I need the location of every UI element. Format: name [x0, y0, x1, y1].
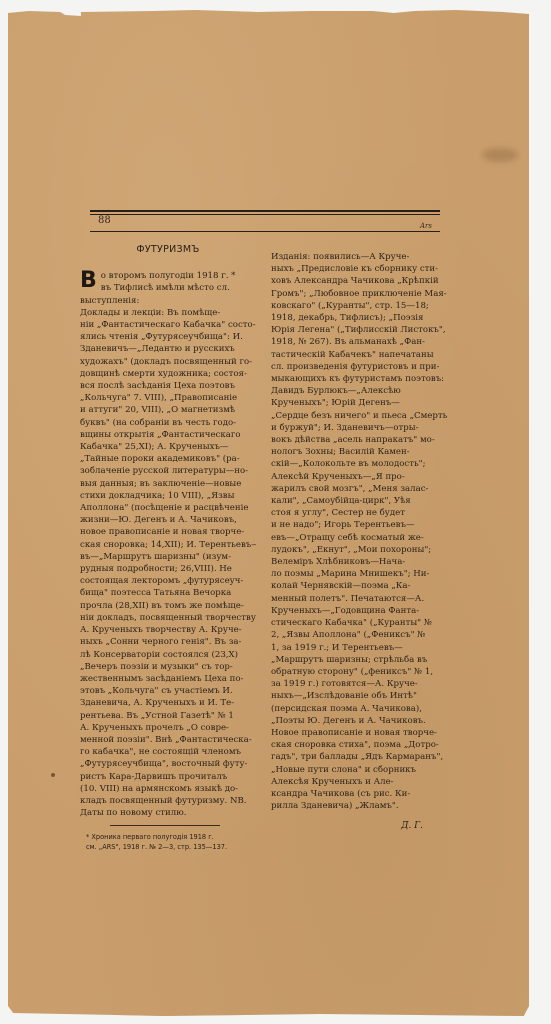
text-line: см. „ARS", 1918 г. № 2—3, стр. 135—137. [80, 842, 256, 852]
text-line: лудокъ", „Екнут", „Мои похороны"; [271, 544, 447, 556]
text-line: 2, „Язвы Аполлона" („Фениксъ" № [271, 629, 447, 641]
text-line: Крученыхъ"; Юрій Дегенъ— [271, 397, 447, 409]
text-line: и не надо"; Игорь Терентьевъ— [271, 519, 447, 531]
text-line: менный полетъ". Печатаются—А. [271, 593, 447, 605]
text-line: гадъ", три баллады „Ядъ Кармаранъ", [271, 751, 447, 763]
text-line: нологъ Зохны; Василій Камен- [271, 446, 447, 458]
text-line: мыкающихъ къ футуристамъ поэтовъ: [271, 373, 447, 385]
text-line: Громъ"; „Любовное приключеніе Мая- [271, 288, 447, 300]
text-line: въ—„Маршрутъ шаризны" (изум- [80, 551, 256, 563]
text-line: Доклады и лекціи: Въ помѣще- [80, 307, 256, 319]
paper-spot [51, 773, 55, 777]
text-line: Давидъ Бурлюкъ—„Алексѣю [271, 385, 447, 397]
text-line: стихи докладчика; 10 VIII), „Язвы [80, 490, 256, 502]
text-line: прочла (28,XII) въ томъ же помѣще- [80, 600, 256, 612]
text-line: Изданія: появились—А Круче- [271, 251, 447, 263]
text-line: стоя я углу", Сестер не будет [271, 507, 447, 519]
text-line: кали", „Самоубійца-цирк", Уѣя [271, 495, 447, 507]
text-line: Зданевичъ—„Ледантю и русскихъ [80, 343, 256, 355]
text-line: менной поэзіи". Внѣ „Фантастическа- [80, 734, 256, 746]
text-line: скій—„Колокольте въ молодость"; [271, 458, 447, 470]
drop-cap: В [80, 271, 97, 291]
text-line: о второмъ полугодіи 1918 г. * [101, 270, 256, 282]
text-line: Даты по новому стилю. [80, 807, 256, 819]
text-line: рентьева. Въ „Устной Газетѣ" № 1 [80, 710, 256, 722]
text-line: „Маршрутъ шаризны; стрѣльба въ [271, 654, 447, 666]
text-line: (10. VIII) на армянскомъ языкѣ до- [80, 783, 256, 795]
text-line: ло поэмы „Марина Мнишекъ"; Ни- [271, 568, 447, 580]
text-line: колай Чернявскій—поэма „Ка- [271, 580, 447, 592]
text-line: жественнымъ засѣданіемъ Цеха по- [80, 673, 256, 685]
text-line: вокъ дѣйства „асель напракатъ" мо- [271, 434, 447, 446]
text-line: евъ—„Отращу себѣ косматый же- [271, 532, 447, 544]
text-line: ныхъ—„Изслѣдованіе объ Интѣ" [271, 690, 447, 702]
text-line: Кабачка" 25,XI); А. Крученыхъ— [80, 441, 256, 453]
text-line: вся послѣ засѣданія Цеха поэтовъ [80, 380, 256, 392]
paper-stain [482, 148, 518, 162]
footnote: * Хроника перваго полугодія 1918 г.см. „… [80, 832, 256, 852]
signature: Д. Г. [271, 820, 447, 832]
text-line: ская сноровка стиха", поэма „Дотро- [271, 739, 447, 751]
left-column-text: о второмъ полугодіи 1918 г. *въ Тифлисѣ … [80, 270, 256, 819]
text-line: 1918, № 267). Въ альманахѣ „Фан- [271, 336, 447, 348]
text-line: го кабачка", не состоящій членомъ [80, 746, 256, 758]
text-line: въ Тифлисѣ имѣли мѣсто сл. [101, 282, 256, 294]
text-line: ніи „Фантастическаго Кабачка" состо- [80, 319, 256, 331]
text-line: рудныя подробности; 26,VIII). Не [80, 563, 256, 575]
text-line: Крученыхъ—„Годовщина Фанта- [271, 605, 447, 617]
text-line: бища" поэтесса Татьяна Вечорка [80, 587, 256, 599]
text-line: 1, за 1919 г.; И Терентьевъ— [271, 642, 447, 654]
text-line: жарилъ свой мозгъ", „Меня залас- [271, 483, 447, 495]
article-title: ФУТУРИЗМЪ [80, 244, 256, 256]
text-line: ская сноровка; 14,XII); И. Терентьевъ— [80, 539, 256, 551]
text-line: кладъ посвященный футуризму. NB. [80, 795, 256, 807]
text-line: „Вечеръ поэзіи и музыки" съ тор- [80, 661, 256, 673]
text-line: рилла Зданевича) „Жламъ". [271, 800, 447, 812]
text-line: „Кольчуга" 7. VIII), „Правописаніе [80, 392, 256, 404]
text-line: вщины открытія „Фантастическаго [80, 429, 256, 441]
text-line: состоящая лекторомъ „футурясеуч- [80, 575, 256, 587]
text-line: „Поэты Ю. Дегенъ и А. Чачиковъ. [271, 715, 447, 727]
text-line: „Футурясеучбища", восточный футу- [80, 758, 256, 770]
text-line: Юрія Легена" („Тифлисскій Листокъ", [271, 324, 447, 336]
text-line: * Хроника перваго полугодія 1918 г. [80, 832, 256, 842]
text-line: (персидская поэма А. Чачикова), [271, 703, 447, 715]
left-column: ФУТУРИЗМЪ В о второмъ полугодіи 1918 г. … [80, 244, 256, 852]
text-line: художахъ" (докладъ посвященный го- [80, 356, 256, 368]
text-line: и аттуги" 20, VIII), „О магнетизмѣ [80, 404, 256, 416]
text-line: А. Крученыхъ творчеству А. Круче- [80, 624, 256, 636]
text-line: Алексѣй Крученыхъ—„Я про- [271, 471, 447, 483]
text-line: ялись чтенія „Футурясеучбища": И. [80, 331, 256, 343]
page-number: 88 [98, 215, 111, 226]
text-line: ристъ Кара-Дарвишъ прочиталъ [80, 771, 256, 783]
text-line: Алексѣя Крученыхъ и Але- [271, 776, 447, 788]
text-line: сл. произведенія футуристовъ и при- [271, 361, 447, 373]
text-line: за 1919 г.) готовятся—А. Круче- [271, 678, 447, 690]
text-line: этовъ „Кольчуга" съ участіемъ И. [80, 685, 256, 697]
header-rule-top-thin [90, 214, 440, 215]
text-line: ніи докладъ, посвященный творчеству [80, 612, 256, 624]
text-line: жизни—Ю. Дегенъ и А. Чачиковъ, [80, 514, 256, 526]
text-line: ховъ Александра Чачикова „Крѣпкій [271, 275, 447, 287]
text-line: ныхъ „Сонни черного генія". Въ за- [80, 636, 256, 648]
text-line: „Новые пути слона" и сборникъ [271, 764, 447, 776]
text-line: ксандра Чачикова (съ рис. Ки- [271, 788, 447, 800]
text-line: „Сердце безъ ничего" и пьеса „Смерть [271, 410, 447, 422]
text-line: буквъ" (на собраніи въ честь годо- [80, 417, 256, 429]
text-line: довщинѣ смерти художника; состоя- [80, 368, 256, 380]
text-line: обратную сторону" („фениксъ" № 1, [271, 666, 447, 678]
running-head: Ars [420, 222, 432, 230]
text-line: Аполлона" (посѣщеніе и расцвѣченіе [80, 502, 256, 514]
text-line: Зданевича, А. Крученыхъ и И. Те- [80, 697, 256, 709]
text-line: новое правописаніе и новая творче- [80, 526, 256, 538]
text-line: выя данныя; въ заключеніе—новые [80, 478, 256, 490]
right-column: Изданія: появились—А Круче-ныхъ „Предисл… [271, 251, 447, 833]
text-line: 1918, декабрь, Тифлисъ); „Поэзія [271, 312, 447, 324]
header-rule-top [90, 210, 440, 212]
text-line: ковскаго" („Куранты", стр. 15—18; [271, 300, 447, 312]
right-column-text: Изданія: появились—А Круче-ныхъ „Предисл… [271, 251, 447, 812]
text-line: „Тайные пороки академиковъ" (ра- [80, 453, 256, 465]
text-line: Велеміръ Хлѣбниковъ—Нача- [271, 556, 447, 568]
header-rule-bottom [90, 231, 440, 232]
text-line: ныхъ „Предисловіе къ сборнику сти- [271, 263, 447, 275]
text-line: выступленія: [80, 295, 256, 307]
text-line: стическаго Кабачка" („Куранты" № [271, 617, 447, 629]
text-line: А. Крученыхъ прочелъ „О совре- [80, 722, 256, 734]
text-line: зоблаченіе русской литературы—но- [80, 465, 256, 477]
text-line: лѣ Консерваторіи состоялся (23,X) [80, 649, 256, 661]
text-line: и буржуй"; И. Зданевичъ—отры- [271, 422, 447, 434]
text-line: Новое правописаніе и новая творче- [271, 727, 447, 739]
text-line: тастическій Кабачекъ" напечатаны [271, 349, 447, 361]
footnote-rule [110, 825, 220, 826]
